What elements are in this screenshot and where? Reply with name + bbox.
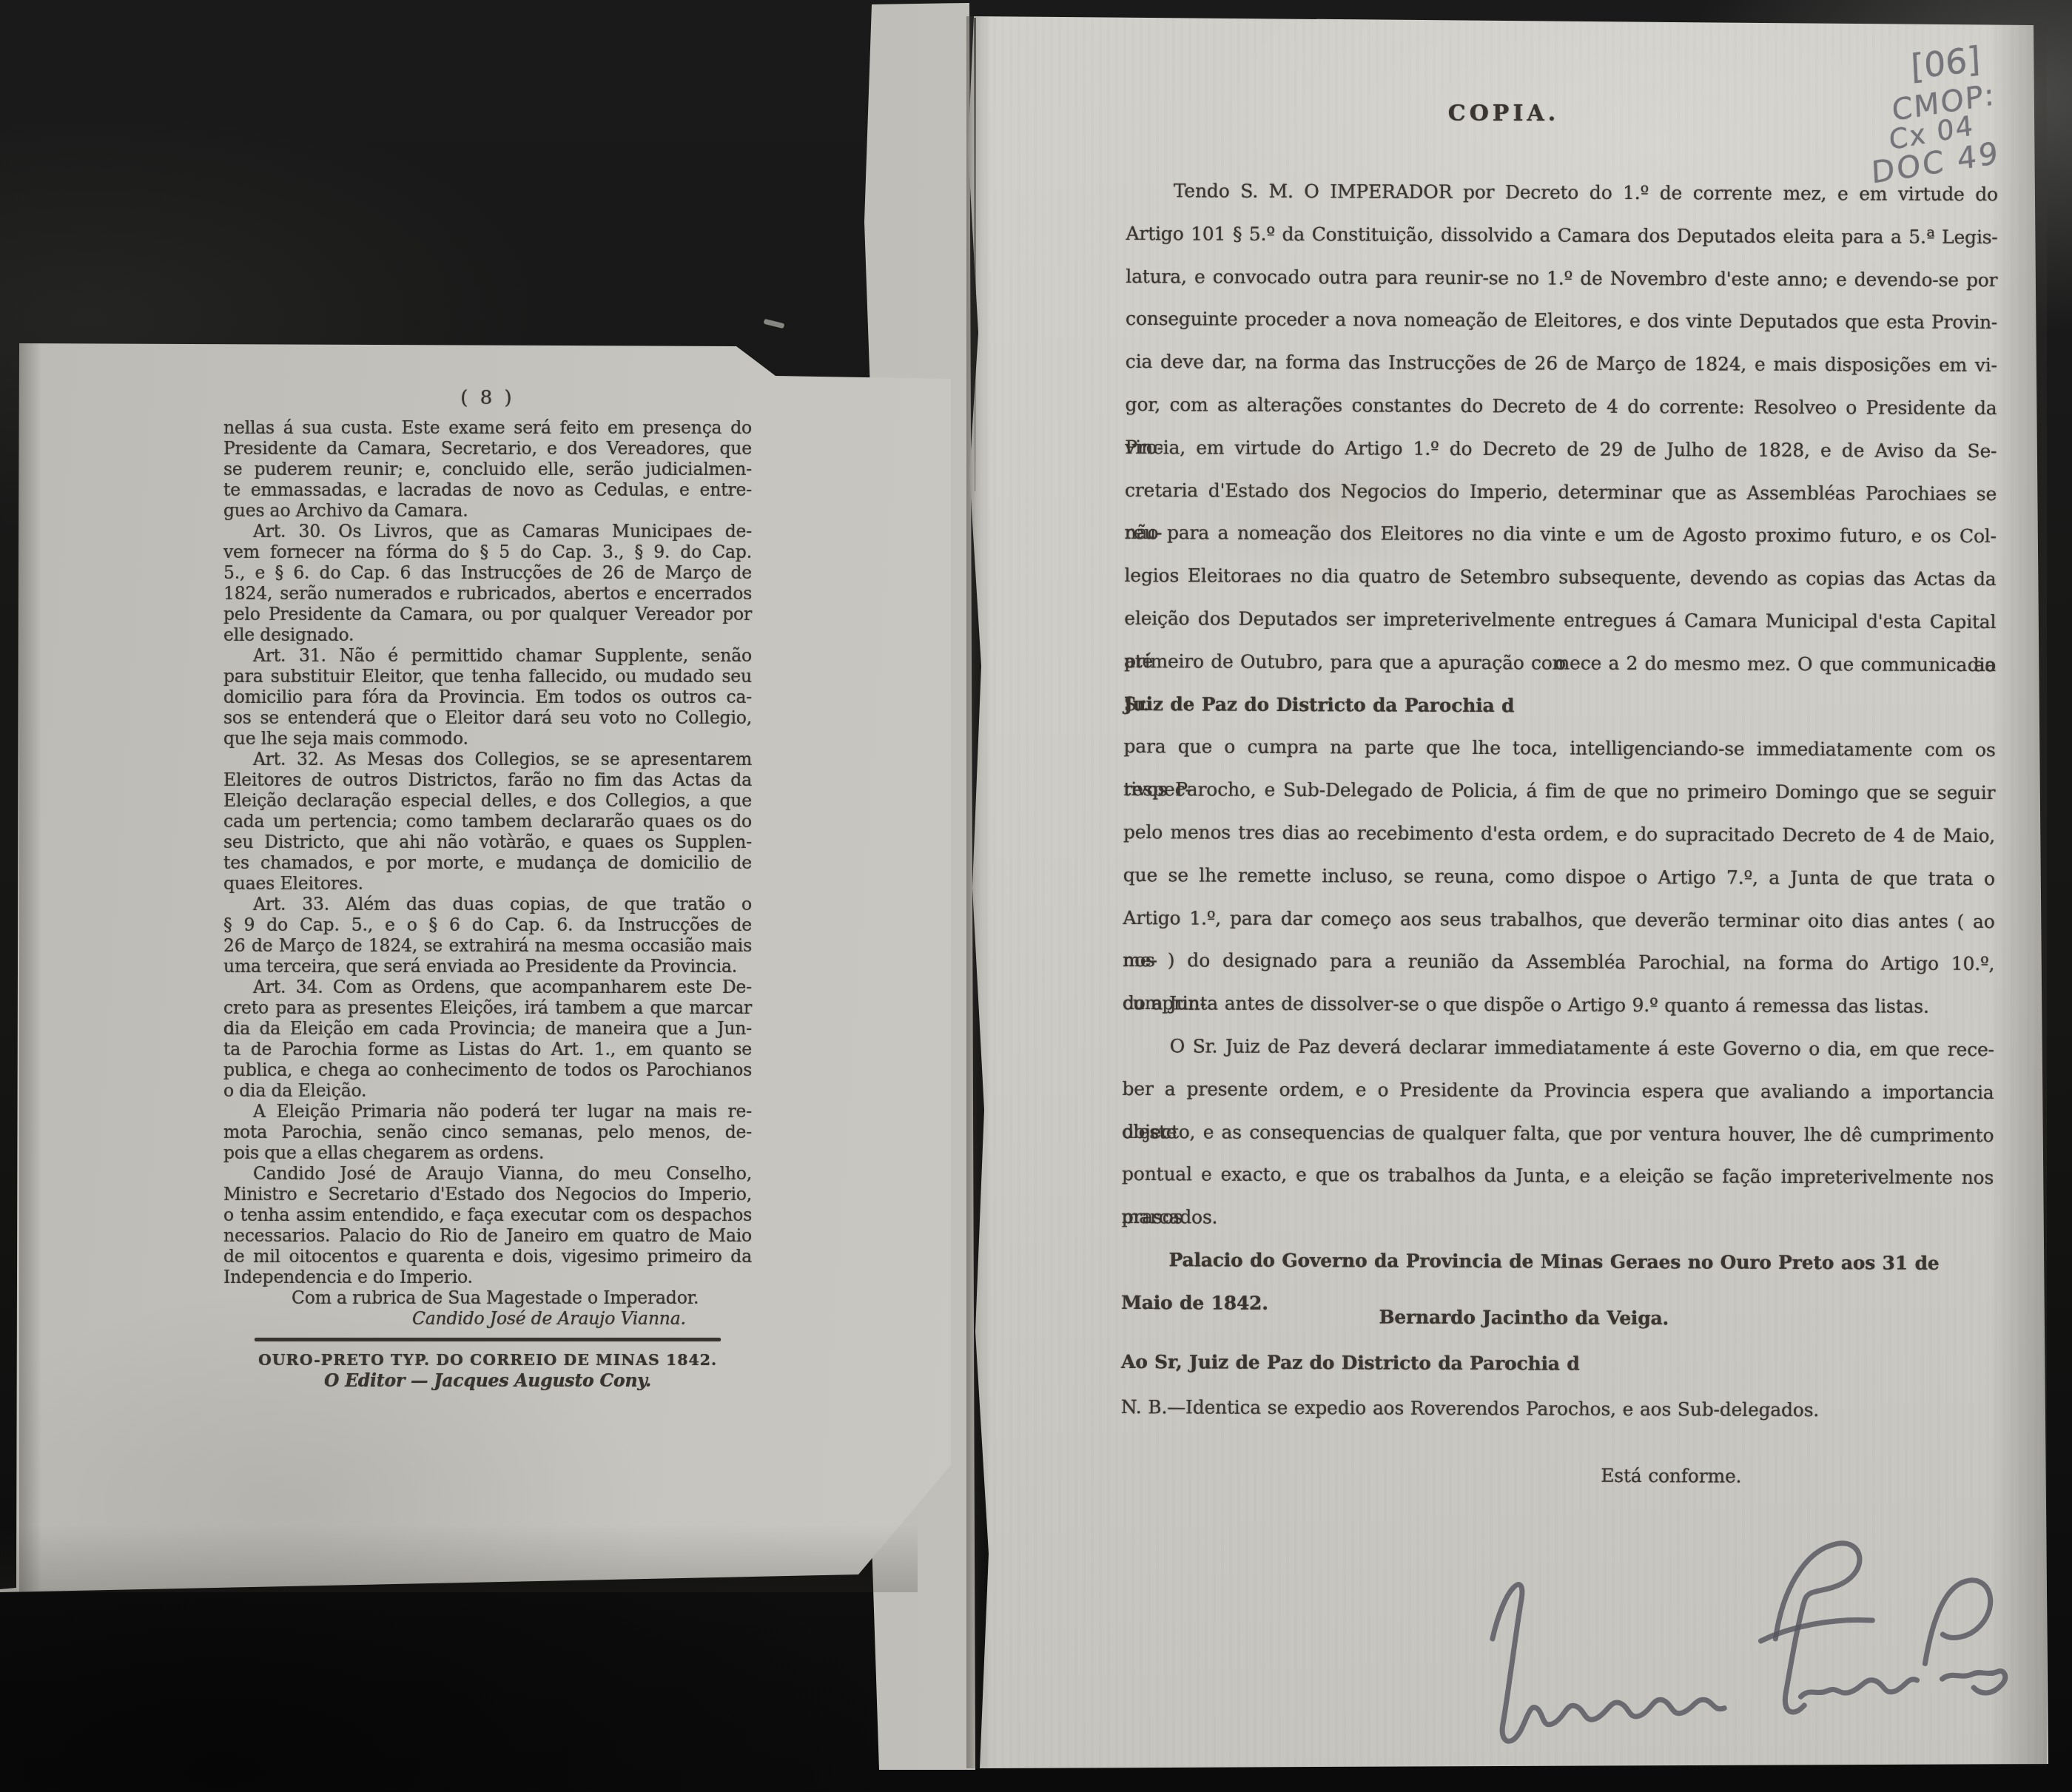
printed-line: necessarios. Palacio do Rio de Janeiro e… (223, 1225, 752, 1246)
printed-line: latura, e convocado outra para reunir-se… (1126, 255, 1997, 302)
printed-line: Art. 31. Não é permittido chamar Supplen… (223, 645, 752, 666)
printed-line: vincia, em virtude do Artigo 1.º do Decr… (1125, 426, 1997, 473)
imprint-rule (223, 1329, 752, 1350)
printed-line: vem fornecer na fórma do § 5 do Cap. 3.,… (223, 542, 752, 562)
printed-line: gues ao Archivo da Camara. (223, 500, 752, 521)
printed-line: OURO-PRETO TYP. DO CORREIO DE MINAS 1842… (223, 1350, 752, 1370)
printed-line: tes chamados, e por morte, e mudança de … (223, 852, 752, 873)
printed-line: dia da Eleição em cada Provincia; de man… (223, 1018, 752, 1039)
signature-stroke-last-name (1942, 1671, 2006, 1695)
printed-line: gor, com as alterações constantes do Dec… (1125, 383, 1997, 430)
printed-line: tivos Parocho, e Sub-Delegado de Policia… (1123, 768, 1995, 815)
signature-stroke-first-name (1490, 1574, 1726, 1742)
printed-line: Com a rubrica de Sua Magestade o Imperad… (223, 1287, 752, 1308)
printed-line: Está conforme. (1235, 1453, 2072, 1500)
printed-line: seu Districto, que ahi não votàrão, e qu… (223, 832, 752, 852)
printed-line: pelo Presidente da Camara, ou por qualqu… (223, 604, 752, 624)
printed-line: cretaria d'Estado dos Negocios do Imperi… (1125, 469, 1997, 516)
printed-line: elle designado. (223, 624, 752, 645)
printed-line: o dia da Eleição. (223, 1080, 752, 1101)
printed-line: primeiro de Outubro, para que a apuração… (1124, 640, 1996, 687)
printed-line: que lhe seja mais commodo. (223, 728, 752, 749)
printed-line: Ministro e Secretario d'Estado dos Negoc… (223, 1184, 752, 1205)
printed-line: § 9 do Cap. 5., e o § 6 do Cap. 6. da In… (223, 914, 752, 935)
printed-line: de mil oitocentos e quarenta e dois, vig… (223, 1246, 752, 1267)
printed-line: Bernardo Jacintho da Veiga. (1088, 1295, 1960, 1341)
printed-line: pelo menos tres dias ao recebimento d'es… (1123, 811, 1995, 858)
printed-line: eleição dos Deputados ser impreterivelme… (1124, 597, 1996, 644)
printed-line: Independencia e do Imperio. (223, 1267, 752, 1287)
printed-line: Art. 34. Com as Ordens, que acompanharem… (223, 977, 752, 997)
printed-line: Artigo 1.º, para dar começo aos seus tra… (1123, 897, 1994, 943)
printed-line: conseguinte proceder a nova nomeação de … (1126, 297, 1997, 344)
printed-line: do a Junta antes de dissolver-se o que d… (1123, 982, 1994, 1028)
printed-line: Art. 30. Os Livros, que as Camaras Munic… (223, 521, 752, 542)
printed-line: te emmassadas, e lacradas de novo as Ced… (223, 479, 752, 500)
printed-line: Candido José de Araujo Vianna. (223, 1308, 752, 1329)
printed-line: se puderem reunir; e, concluido elle, se… (223, 459, 752, 479)
printed-line: N. B.—Identica se expedio aos Roverendos… (1121, 1386, 1993, 1432)
printed-line: para que o cumpra na parte que lhe toca,… (1123, 725, 1995, 772)
printed-line: O Sr. Juiz de Paz deverá declarar immedi… (1123, 1025, 1994, 1071)
printed-line: 5., e § 6. do Cap. 6 das Instrucções de … (223, 562, 752, 583)
printed-line: A Eleição Primaria não poderá ter lugar … (223, 1101, 752, 1122)
page-number: ( 8 ) (223, 387, 752, 409)
printed-line: mota Parochia, senão cinco semanas, pelo… (223, 1122, 752, 1142)
printed-line: Palacio do Governo da Provincia de Minas… (1121, 1239, 1993, 1285)
printed-line: o tenha assim entendido, e faça executar… (223, 1205, 752, 1225)
printed-line: creto para as presentes Eleições, irá ta… (223, 997, 752, 1018)
printed-line: sos se entenderá que o Eleitor dará seu … (223, 707, 752, 728)
printed-line: Ao Sr, Juiz de Paz do Districto da Paroc… (1121, 1341, 1993, 1387)
printed-line: nos ) do designado para a reunião da Ass… (1123, 939, 1994, 986)
printed-line: 26 de Março de 1824, se extrahirá na mes… (223, 935, 752, 956)
printed-line: Artigo 101 § 5.º da Constituição, dissol… (1126, 212, 1997, 259)
left-page-text: nellas á sua custa. Este exame será feit… (223, 417, 752, 1391)
copy-heading: COPIA. (1126, 101, 1881, 127)
printed-line: Presidente da Camara, Secretario, e dos … (223, 438, 752, 459)
printed-line: pois que a ellas chegarem as ordens. (223, 1142, 752, 1163)
printed-line: cada um pertencia; como tambem declararã… (223, 811, 752, 832)
printed-line: marcados. (1122, 1196, 1994, 1242)
printed-line: ta de Parochia forme as Listas do Art. 1… (223, 1039, 752, 1060)
printed-line: nellas á sua custa. Este exame será feit… (223, 417, 752, 438)
printed-line: Tendo S. M. O IMPERADOR por Decreto do 1… (1126, 169, 1998, 216)
signature-stroke-middle-name (1800, 1677, 1918, 1697)
printed-line: ber a presente ordem, e o Presidente da … (1122, 1068, 1994, 1114)
printed-line: uma terceira, que será enviada ao Presid… (223, 956, 752, 977)
printed-line: que se lhe remette incluso, se reuna, co… (1123, 854, 1995, 900)
printed-line: Art. 32. As Mesas dos Collegios, se se a… (223, 749, 752, 769)
printed-line: O Editor — Jacques Augusto Cony. (223, 1370, 752, 1391)
handwritten-signature (1444, 1500, 2019, 1792)
printed-line: Eleitores de outros Districtos, farão no… (223, 769, 752, 790)
printed-line: legios Eleitoraes no dia quatro de Setem… (1124, 554, 1996, 601)
printed-line: quaes Eleitores. (223, 873, 752, 894)
signature-stroke-f (1771, 1543, 1868, 1713)
printed-line: Art. 33. Além das duas copias, de que tr… (223, 894, 752, 914)
printed-line: para substituir Eleitor, que tenha falle… (223, 666, 752, 687)
printed-line: cia deve dar, na forma das Instrucções d… (1126, 340, 1997, 387)
printed-line: objecto, e as consequencias de qualquer … (1122, 1111, 1994, 1157)
printed-line: domicilio para fóra da Provincia. Em tod… (223, 687, 752, 707)
printed-line: 1824, serão numerados e rubricados, aber… (223, 583, 752, 604)
printed-line: Eleição declaração especial delles, e do… (223, 790, 752, 811)
document-scan: ( 8 ) nellas á sua custa. Este exame ser… (0, 0, 2072, 1792)
right-page-text: Tendo S. M. O IMPERADOR por Decreto do 1… (1120, 169, 1998, 1499)
annotation-folio-number: [06] (1910, 38, 1982, 87)
signature-stroke-p (1921, 1580, 1994, 1664)
printed-line: Candido José de Araujo Vianna, do meu Co… (223, 1163, 752, 1184)
printed-line: não para a nomeação dos Eleitores no dia… (1125, 511, 1997, 558)
printed-line: publica, e chega ao conhecimento de todo… (223, 1060, 752, 1080)
printed-line: Juiz de Paz do Districto da Parochia d (1124, 683, 1996, 730)
printed-line: pontual e exacto, e que os trabalhos da … (1122, 1153, 1994, 1199)
